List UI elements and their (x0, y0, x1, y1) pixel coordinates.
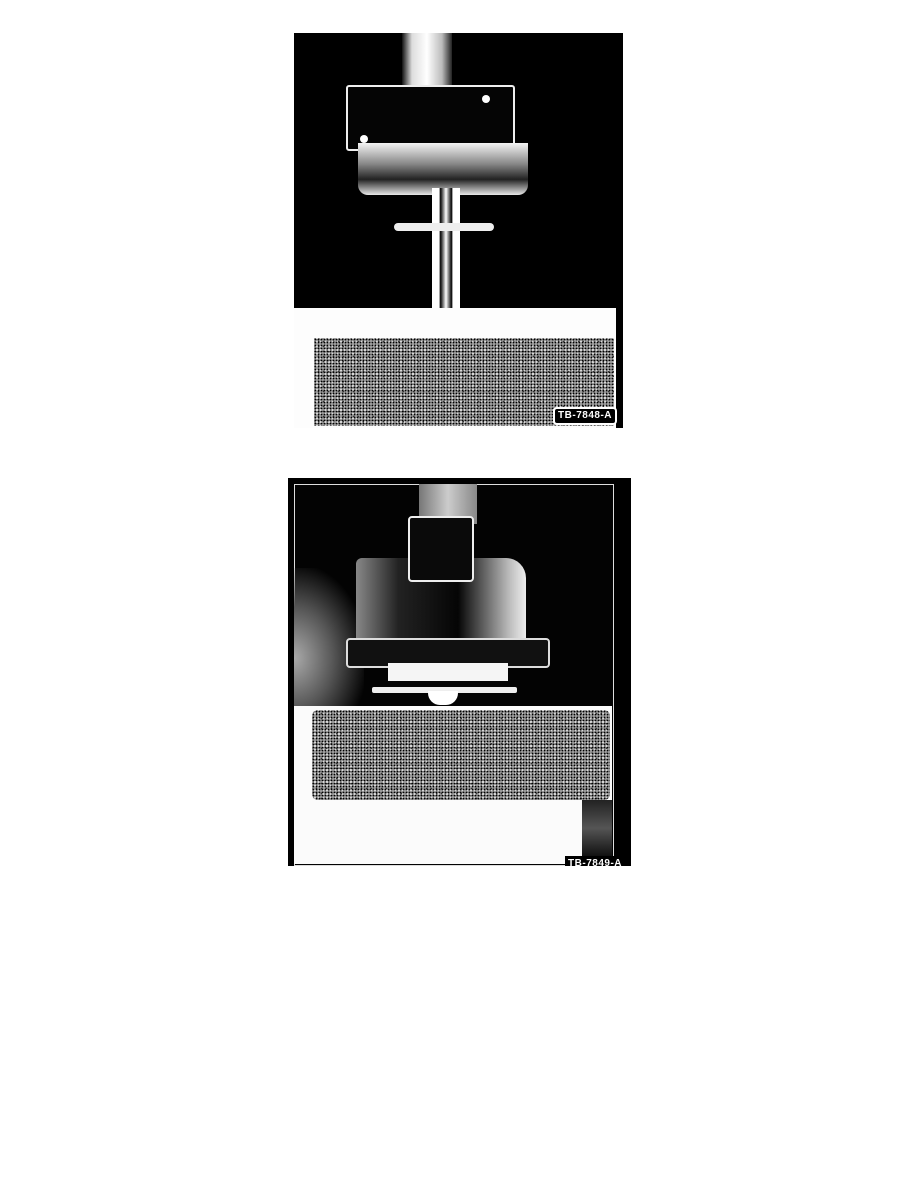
figure-1-photo: TB-7848-A (294, 33, 623, 428)
figure-label: TB-7848-A (555, 409, 615, 423)
side-post (582, 800, 612, 856)
tool-block-hole (360, 135, 368, 143)
pressure-plate (388, 663, 508, 681)
tool-block (346, 85, 515, 151)
support-block (312, 710, 610, 800)
press-ram (402, 33, 452, 91)
tool-block-hole (482, 95, 490, 103)
figure-label: TB-7849-A (565, 856, 625, 866)
press-head (408, 516, 474, 582)
washer (394, 223, 494, 231)
twin-shafts (432, 188, 460, 328)
figure-2-photo: TB-7849-A (288, 478, 631, 866)
